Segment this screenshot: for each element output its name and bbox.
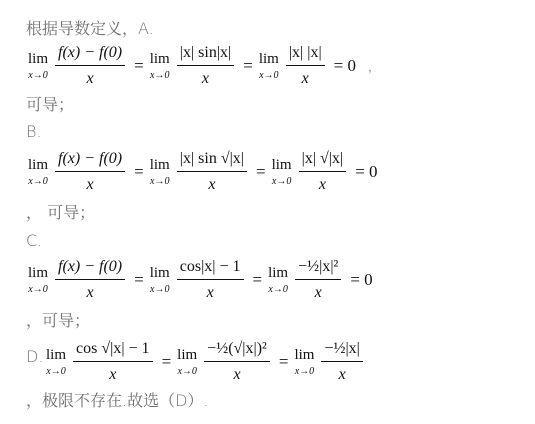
limit-operator: limx→0 bbox=[150, 266, 170, 295]
fraction-step-1: −½(√|x|)²x bbox=[204, 340, 270, 383]
limit-operator: limx→0 bbox=[272, 158, 292, 187]
equals-sign: = bbox=[256, 162, 266, 182]
difference-quotient: f(x) − f(0)x bbox=[55, 258, 125, 301]
equals-sign: = bbox=[162, 352, 172, 372]
limit-operator: limx→0 bbox=[294, 348, 314, 377]
option-d-formula: limx→0 cos √|x| − 1x = limx→0 −½(√|x|)²x… bbox=[46, 340, 366, 384]
option-c-conclusion: ，可导； bbox=[26, 308, 90, 331]
option-d-label: D. bbox=[26, 347, 43, 366]
option-d-conclusion: ，极限不存在.故选（D）. bbox=[26, 388, 209, 411]
difference-quotient: cos √|x| − 1x bbox=[73, 340, 153, 383]
intro-text: 根据导数定义，A. bbox=[26, 16, 154, 39]
limit-operator: limx→0 bbox=[28, 52, 48, 81]
fraction-step-1: cos|x| − 1x bbox=[177, 258, 244, 301]
equals-sign: = bbox=[279, 352, 289, 372]
option-c-formula: limx→0 f(x) − f(0)x = limx→0 cos|x| − 1x… bbox=[28, 258, 379, 302]
equals-sign: = bbox=[134, 162, 144, 182]
difference-quotient: f(x) − f(0)x bbox=[55, 150, 125, 193]
equals-sign: = bbox=[253, 270, 263, 290]
limit-operator: limx→0 bbox=[46, 348, 66, 377]
fraction-step-2: −½|x|²x bbox=[295, 258, 341, 301]
fraction-step-1: |x| sin|x|x bbox=[177, 44, 234, 87]
option-a-conclusion: 可导； bbox=[26, 92, 74, 115]
result-value: = 0 bbox=[355, 162, 377, 182]
limit-operator: limx→0 bbox=[28, 266, 48, 295]
fraction-step-2: |x| |x|x bbox=[286, 44, 325, 87]
fraction-step-2: −½|x|x bbox=[321, 340, 362, 383]
fraction-step-1: |x| sin √|x|x bbox=[177, 150, 247, 193]
equals-sign: = bbox=[134, 270, 144, 290]
option-a-formula: limx→0 f(x) − f(0)x = limx→0 |x| sin|x|x… bbox=[28, 44, 380, 88]
fraction-step-2: |x| √|x|x bbox=[299, 150, 347, 193]
limit-operator: limx→0 bbox=[28, 158, 48, 187]
result-value: = 0 bbox=[350, 270, 372, 290]
limit-operator: limx→0 bbox=[177, 348, 197, 377]
option-b-conclusion: ， 可导； bbox=[26, 200, 95, 223]
limit-operator: limx→0 bbox=[259, 52, 279, 81]
comma: ， bbox=[368, 58, 380, 75]
option-b-formula: limx→0 f(x) − f(0)x = limx→0 |x| sin √|x… bbox=[28, 150, 384, 194]
equals-sign: = bbox=[134, 56, 144, 76]
option-c-label: C. bbox=[26, 231, 42, 250]
option-b-label: B. bbox=[26, 122, 42, 141]
equals-sign: = bbox=[243, 56, 253, 76]
limit-operator: limx→0 bbox=[268, 266, 288, 295]
limit-operator: limx→0 bbox=[150, 158, 170, 187]
limit-operator: limx→0 bbox=[150, 52, 170, 81]
difference-quotient: f(x) − f(0)x bbox=[55, 44, 125, 87]
result-value: = 0 bbox=[334, 56, 356, 76]
